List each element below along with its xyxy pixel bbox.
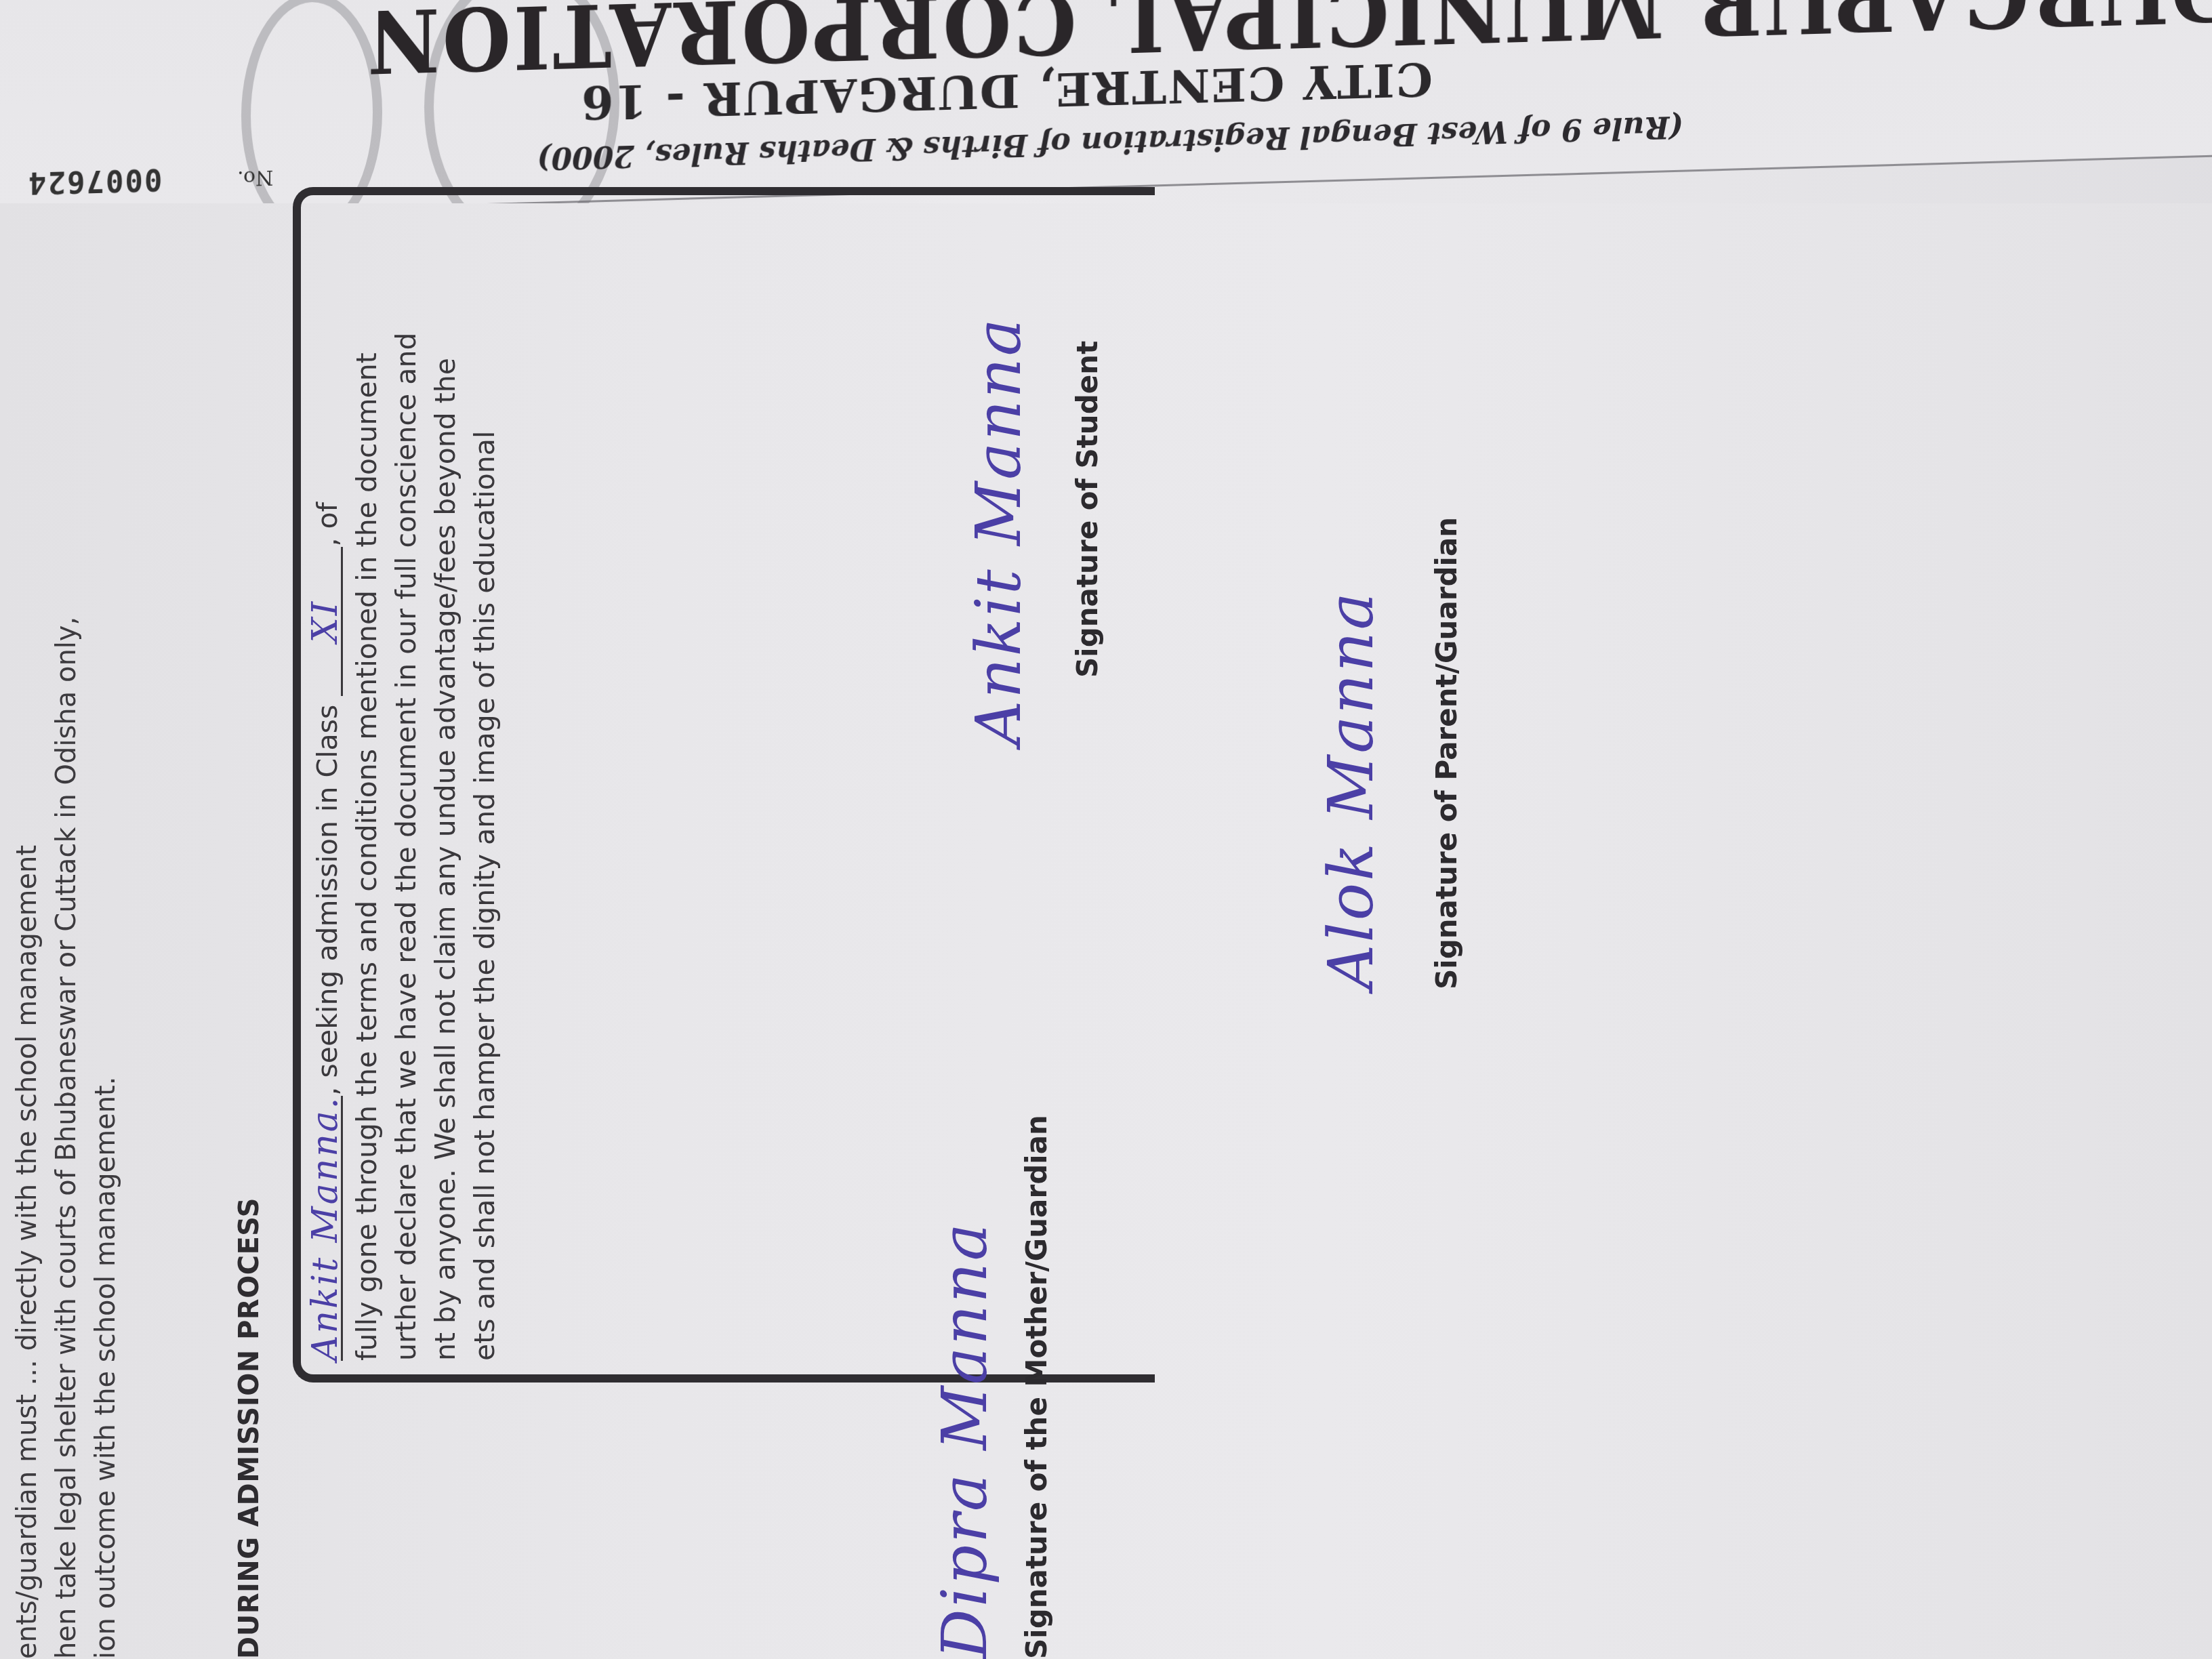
declaration-line-3: urther declare that we have read the doc… <box>386 19 426 1361</box>
student-signature: Ankit Manna <box>962 317 1035 745</box>
declaration-text-segment: , seeking admission in Class <box>311 705 344 1096</box>
student-name-handwritten: Ankit Manna. <box>305 1096 346 1361</box>
declaration-text-segment: , of <box>311 502 344 547</box>
serial-number: 0007624 <box>27 161 162 200</box>
document-photo: 0007624 No. (Rule 9 of West Bengal Regis… <box>0 0 2212 1659</box>
section-title: DURING ADMISSION PROCESS <box>234 1197 265 1659</box>
mother-signature-label: Signature of the Mother/Guardian <box>1020 1115 1053 1659</box>
declaration-line-5: ets and shall not hamper the dignity and… <box>465 19 504 1361</box>
declaration-line-4: nt by anyone. We shall not claim any und… <box>426 19 465 1361</box>
parent-signature: Alok Manna <box>1315 590 1387 989</box>
parent-signature-label: Signature of Parent/Guardian <box>1430 517 1463 989</box>
declaration-text: Ankit Manna., seeking admission in Class… <box>308 19 504 1361</box>
number-label: No. <box>237 165 273 190</box>
previous-section-line: ents/guardian must ... directly with the… <box>8 845 47 1659</box>
admission-form-sheet: ents/guardian must ... directly with the… <box>0 203 2212 1659</box>
class-field[interactable]: XI <box>312 547 343 696</box>
previous-section-line: ion outcome with the school management. <box>87 1077 125 1659</box>
class-handwritten: XI <box>305 600 346 643</box>
declaration-line-2: fully gone through the terms and conditi… <box>347 19 386 1361</box>
mother-signature: Dipra Manna <box>928 1221 1001 1659</box>
student-signature-label: Signature of Student <box>1071 341 1104 678</box>
declaration-line-1: Ankit Manna., seeking admission in Class… <box>308 19 347 1361</box>
previous-section-line: hen take legal shelter with courts of Bh… <box>47 617 86 1659</box>
student-name-field[interactable]: Ankit Manna. <box>312 1096 343 1361</box>
